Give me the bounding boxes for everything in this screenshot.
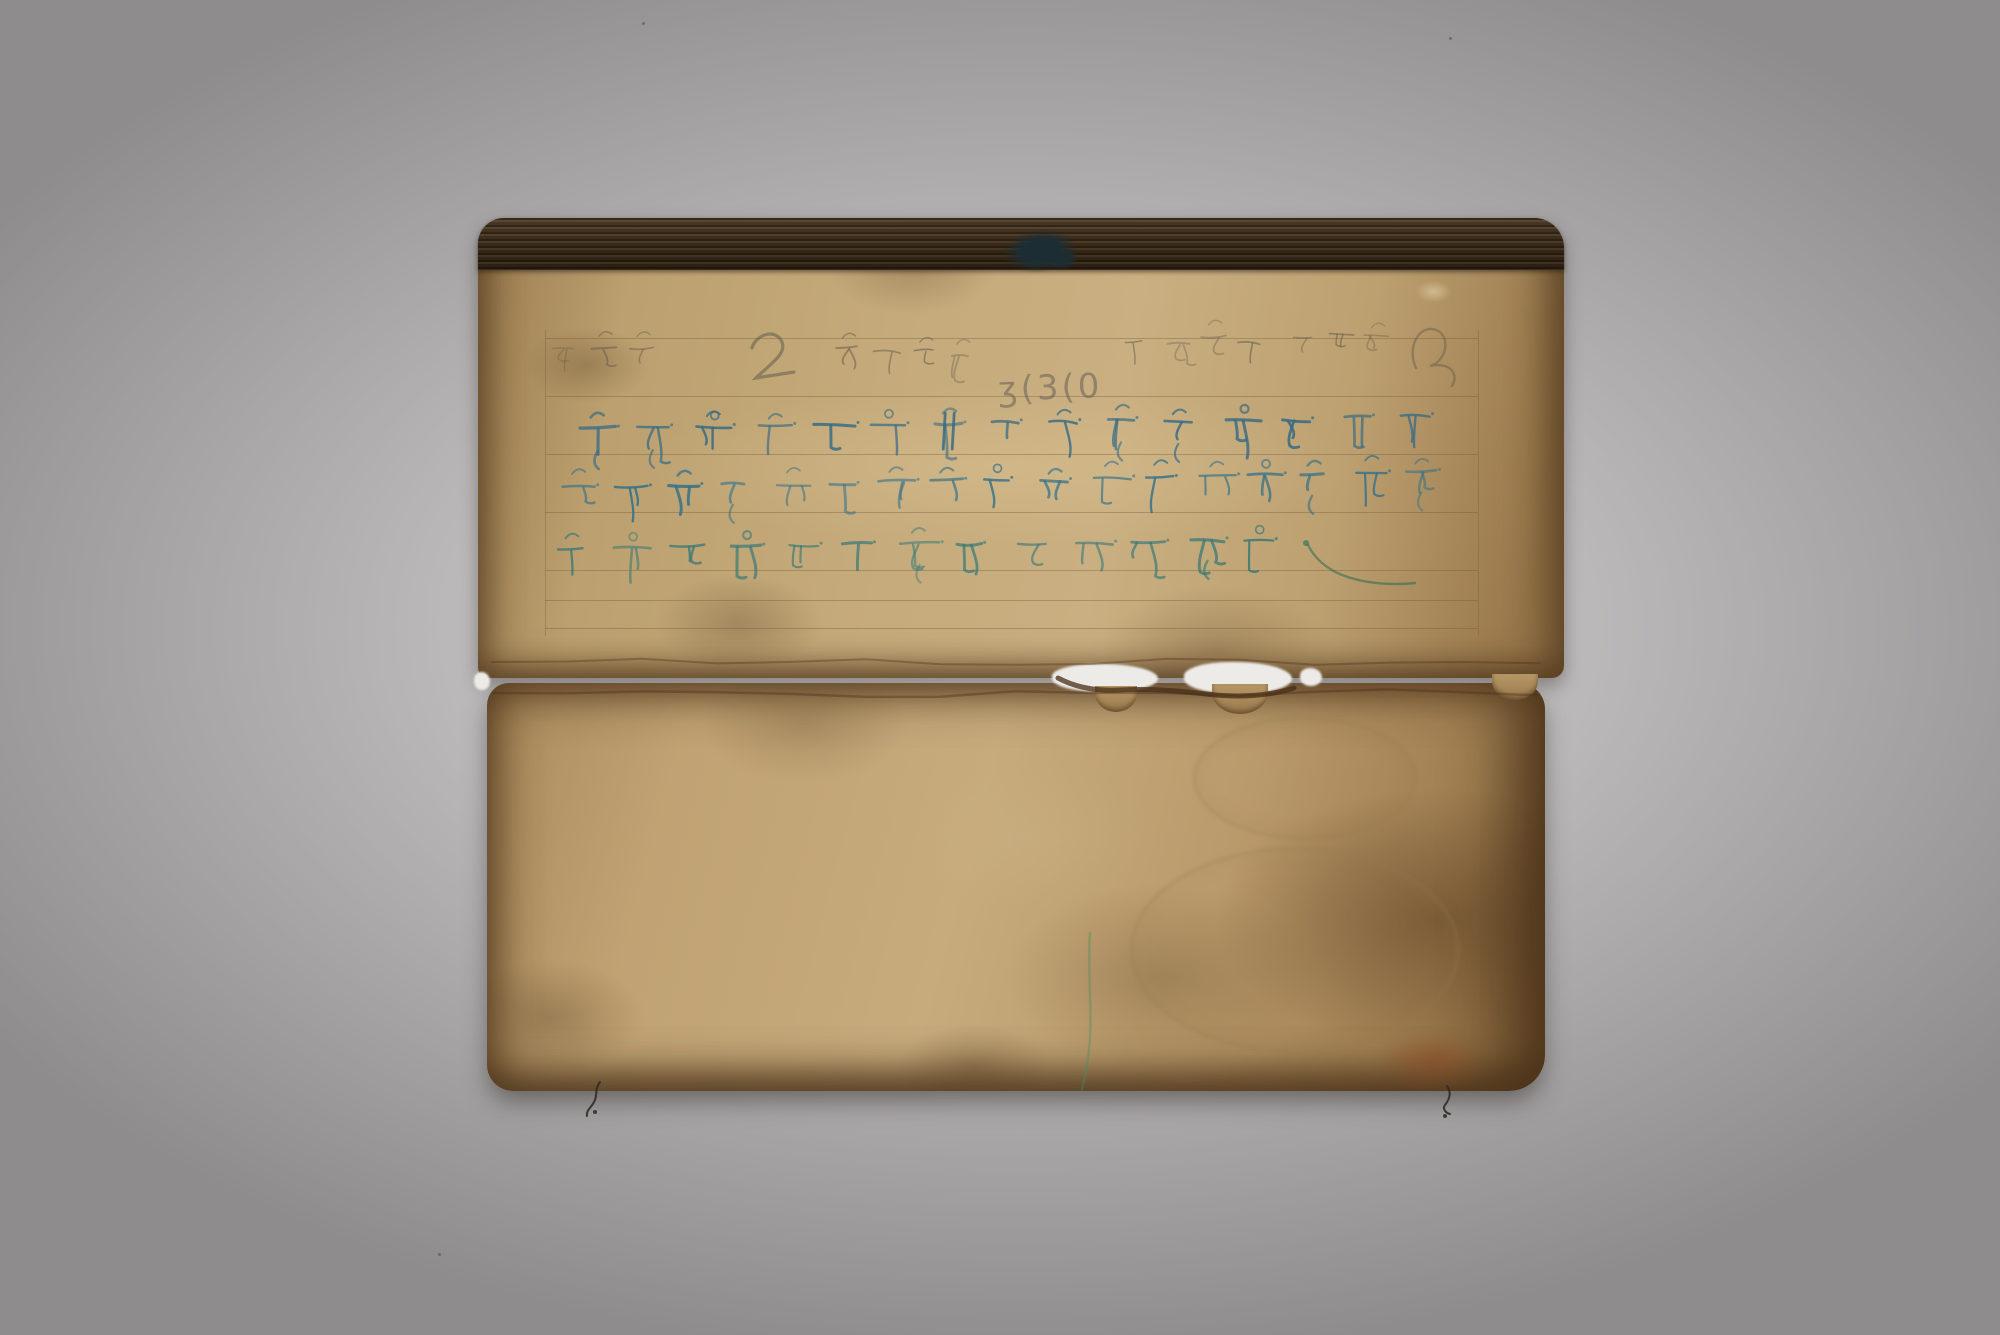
water-stain-ring <box>1193 716 1417 840</box>
dust-speck <box>642 22 645 25</box>
ruled-line <box>545 338 1478 339</box>
script-line-3 <box>558 530 1303 586</box>
script-line-2 <box>565 470 1460 526</box>
stain-patch <box>1378 1030 1488 1092</box>
water-stain-ring <box>1130 847 1460 1053</box>
ruled-line <box>545 628 1478 629</box>
photo-scene: ʒ(3(0 <box>0 0 2000 1335</box>
margin-line <box>545 330 546 636</box>
ruled-line <box>545 454 1478 455</box>
margin-line <box>1478 330 1479 636</box>
seam-gap <box>1300 668 1322 686</box>
dust-speck <box>438 1253 441 1256</box>
seam-gap <box>474 672 490 690</box>
dust-speck <box>1449 37 1452 40</box>
script-line-1 <box>580 410 1460 466</box>
ruled-line <box>545 396 1478 397</box>
ruled-line <box>545 600 1478 601</box>
ruled-line <box>545 570 1478 571</box>
top-page: ʒ(3(0 <box>478 218 1564 678</box>
ruled-line <box>545 512 1478 513</box>
faded-jottings-region <box>548 318 1488 378</box>
